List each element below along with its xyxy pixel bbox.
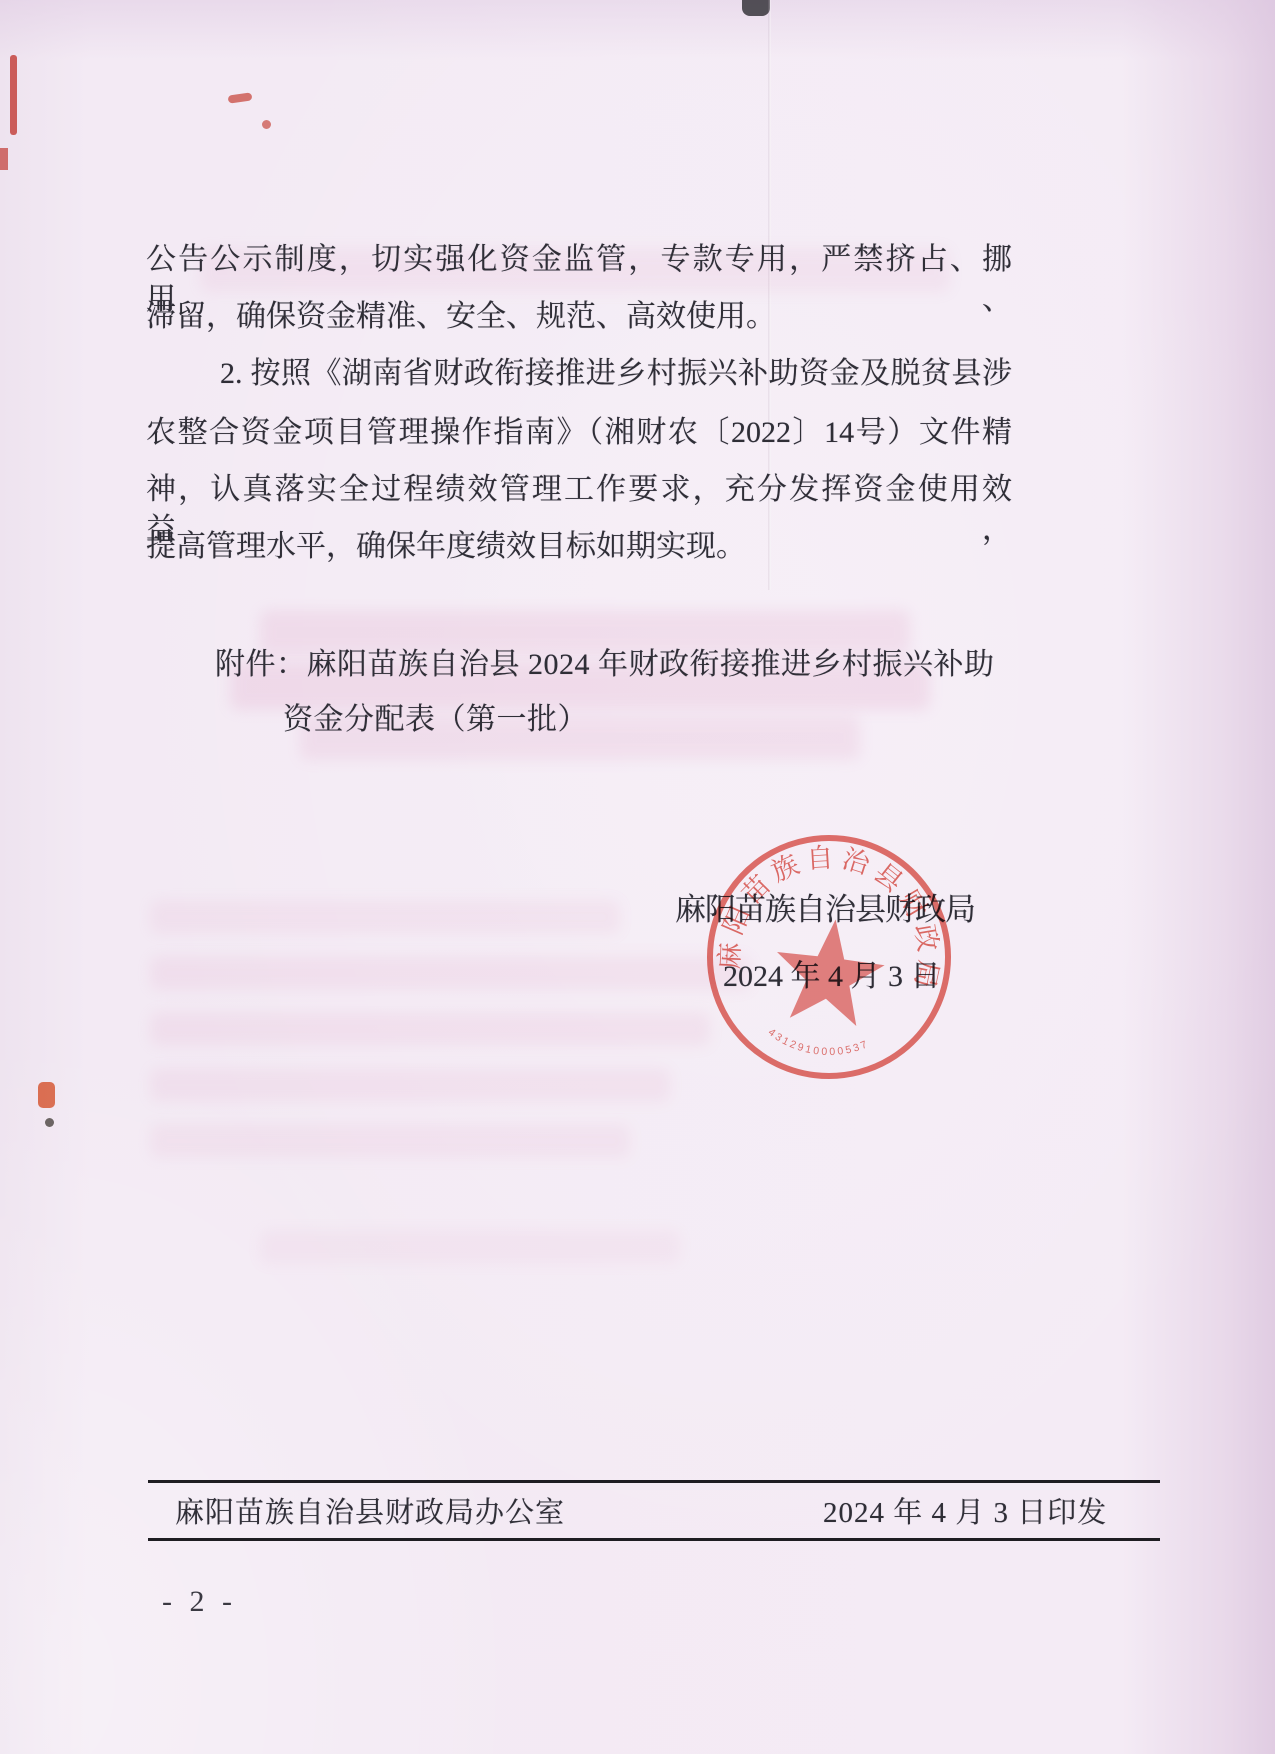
body-line: 提高管理水平，确保年度绩效目标如期实现。 — [146, 527, 1012, 567]
bleed-through-text — [260, 1230, 680, 1264]
footer-rule-top — [148, 1480, 1160, 1483]
footer-office: 麻阳苗族自治县财政局办公室 — [175, 1495, 565, 1531]
body-line: 农整合资金项目管理操作指南》（湘财农〔2022〕14号）文件精 — [146, 413, 1012, 453]
body-line: 2. 按照《湖南省财政衔接推进乡村振兴补助资金及脱贫县涉 — [146, 354, 1012, 394]
scan-mark-red-streak — [10, 55, 17, 135]
bleed-through-text — [150, 1124, 630, 1158]
seal-code: 4312910000537 — [764, 1026, 872, 1064]
body-line: 滞留，确保资金精准、安全、规范、高效使用。 — [146, 297, 1012, 337]
scan-mark-orange-stain — [38, 1082, 55, 1108]
bleed-through-text — [150, 956, 750, 990]
footer-print-date: 2024 年 4 月 3 日印发 — [823, 1495, 1107, 1531]
seal-star-icon — [769, 913, 889, 1029]
footer-rule-bottom — [148, 1538, 1160, 1541]
scan-mark-red-edge — [0, 148, 8, 170]
attachment-continuation: 资金分配表（第一批） — [283, 700, 588, 740]
attachment-line: 附件：麻阳苗族自治县 2024 年财政衔接推进乡村振兴补助 — [215, 645, 995, 685]
bleed-through-text — [150, 900, 620, 934]
official-seal: 麻阳苗族自治县财政局 4312910000537 — [690, 818, 969, 1097]
scan-mark-red-dot — [262, 120, 271, 129]
seal-graphic: 麻阳苗族自治县财政局 4312910000537 — [690, 818, 969, 1097]
page-number: - 2 - — [162, 1585, 237, 1619]
bleed-through-text — [150, 1068, 670, 1102]
scan-mark-dark-speck — [45, 1118, 54, 1127]
bleed-through-text — [150, 1012, 710, 1046]
svg-text:4312910000537: 4312910000537 — [764, 1026, 872, 1064]
scan-mark-top-smudge — [742, 0, 770, 16]
scan-mark-red-dash — [228, 92, 253, 103]
document-page: 公告公示制度，切实强化资金监管，专款专用，严禁挤占、挪用、 滞留，确保资金精准、… — [0, 0, 1275, 1754]
